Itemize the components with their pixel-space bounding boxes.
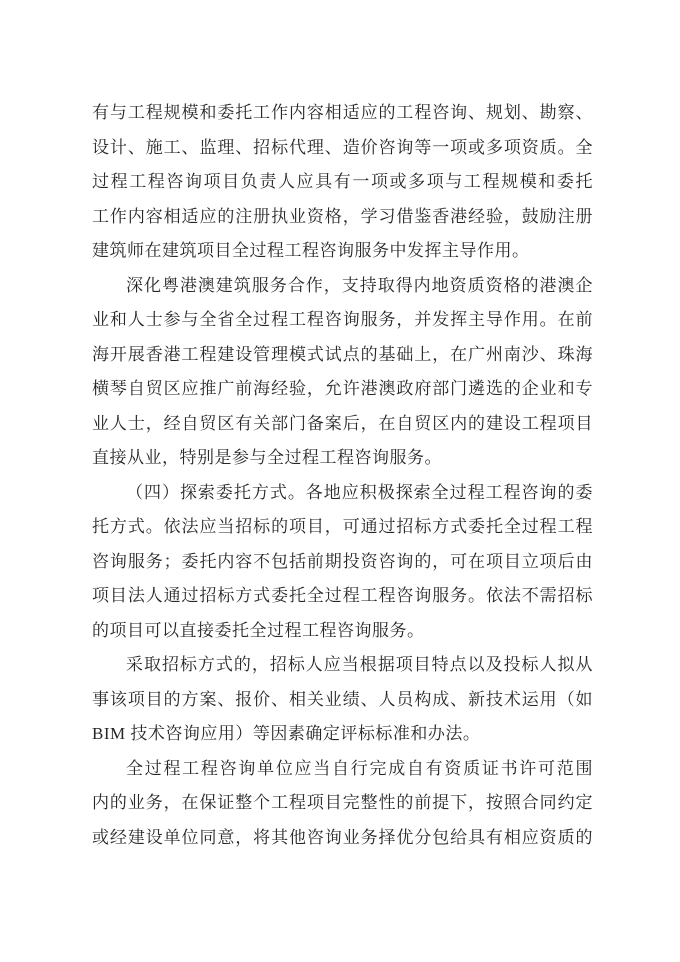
text-line: 采取招标方式的，招标人应当根据项目特点以及投标人拟从 <box>92 648 593 683</box>
text-line: 横琴自贸区应推广前海经验，允许港澳政府部门遴选的企业和专 <box>92 372 593 407</box>
text-line: BIM 技术咨询应用）等因素确定评标标准和办法。 <box>92 717 593 752</box>
text-line: 项目法人通过招标方式委托全过程工程咨询服务。依法不需招标 <box>92 579 593 614</box>
document-text-block: 有与工程规模和委托工作内容相适应的工程咨询、规划、勘察、 设计、施工、监理、招标… <box>92 96 593 855</box>
text-line: 建筑师在建筑项目全过程工程咨询服务中发挥主导作用。 <box>92 234 593 269</box>
text-line: 设计、施工、监理、招标代理、造价咨询等一项或多项资质。全 <box>92 131 593 166</box>
paragraph: 深化粤港澳建筑服务合作，支持取得内地资质资格的港澳企 业和人士参与全省全过程工程… <box>92 269 593 476</box>
text-line: 直接从业，特别是参与全过程工程咨询服务。 <box>92 441 593 476</box>
paragraph: 采取招标方式的，招标人应当根据项目特点以及投标人拟从 事该项目的方案、报价、相关… <box>92 648 593 752</box>
text-line: 过程工程咨询项目负责人应具有一项或多项与工程规模和委托 <box>92 165 593 200</box>
text-line: 业人士，经自贸区有关部门备案后，在自贸区内的建设工程项目 <box>92 407 593 442</box>
text-line: 有与工程规模和委托工作内容相适应的工程咨询、规划、勘察、 <box>92 96 593 131</box>
text-line-clause-heading: （四）探索委托方式。各地应积极探索全过程工程咨询的委 <box>92 476 593 511</box>
text-line: 托方式。依法应当招标的项目，可通过招标方式委托全过程工程 <box>92 510 593 545</box>
document-page: 有与工程规模和委托工作内容相适应的工程咨询、规划、勘察、 设计、施工、监理、招标… <box>0 0 680 962</box>
text-line: 深化粤港澳建筑服务合作，支持取得内地资质资格的港澳企 <box>92 269 593 304</box>
text-line: 或经建设单位同意，将其他咨询业务择优分包给具有相应资质的 <box>92 821 593 856</box>
text-line: 海开展香港工程建设管理模式试点的基础上，在广州南沙、珠海 <box>92 338 593 373</box>
text-line: 咨询服务；委托内容不包括前期投资咨询的，可在项目立项后由 <box>92 545 593 580</box>
text-line: 业和人士参与全省全过程工程咨询服务，并发挥主导作用。在前 <box>92 303 593 338</box>
text-line: 内的业务，在保证整个工程项目完整性的前提下，按照合同约定 <box>92 786 593 821</box>
paragraph: 有与工程规模和委托工作内容相适应的工程咨询、规划、勘察、 设计、施工、监理、招标… <box>92 96 593 269</box>
paragraph-clause-4: （四）探索委托方式。各地应积极探索全过程工程咨询的委 托方式。依法应当招标的项目… <box>92 476 593 649</box>
paragraph: 全过程工程咨询单位应当自行完成自有资质证书许可范围 内的业务，在保证整个工程项目… <box>92 752 593 856</box>
text-line: 全过程工程咨询单位应当自行完成自有资质证书许可范围 <box>92 752 593 787</box>
text-line: 事该项目的方案、报价、相关业绩、人员构成、新技术运用（如 <box>92 683 593 718</box>
text-line: 工作内容相适应的注册执业资格，学习借鉴香港经验，鼓励注册 <box>92 200 593 235</box>
text-line: 的项目可以直接委托全过程工程咨询服务。 <box>92 614 593 649</box>
